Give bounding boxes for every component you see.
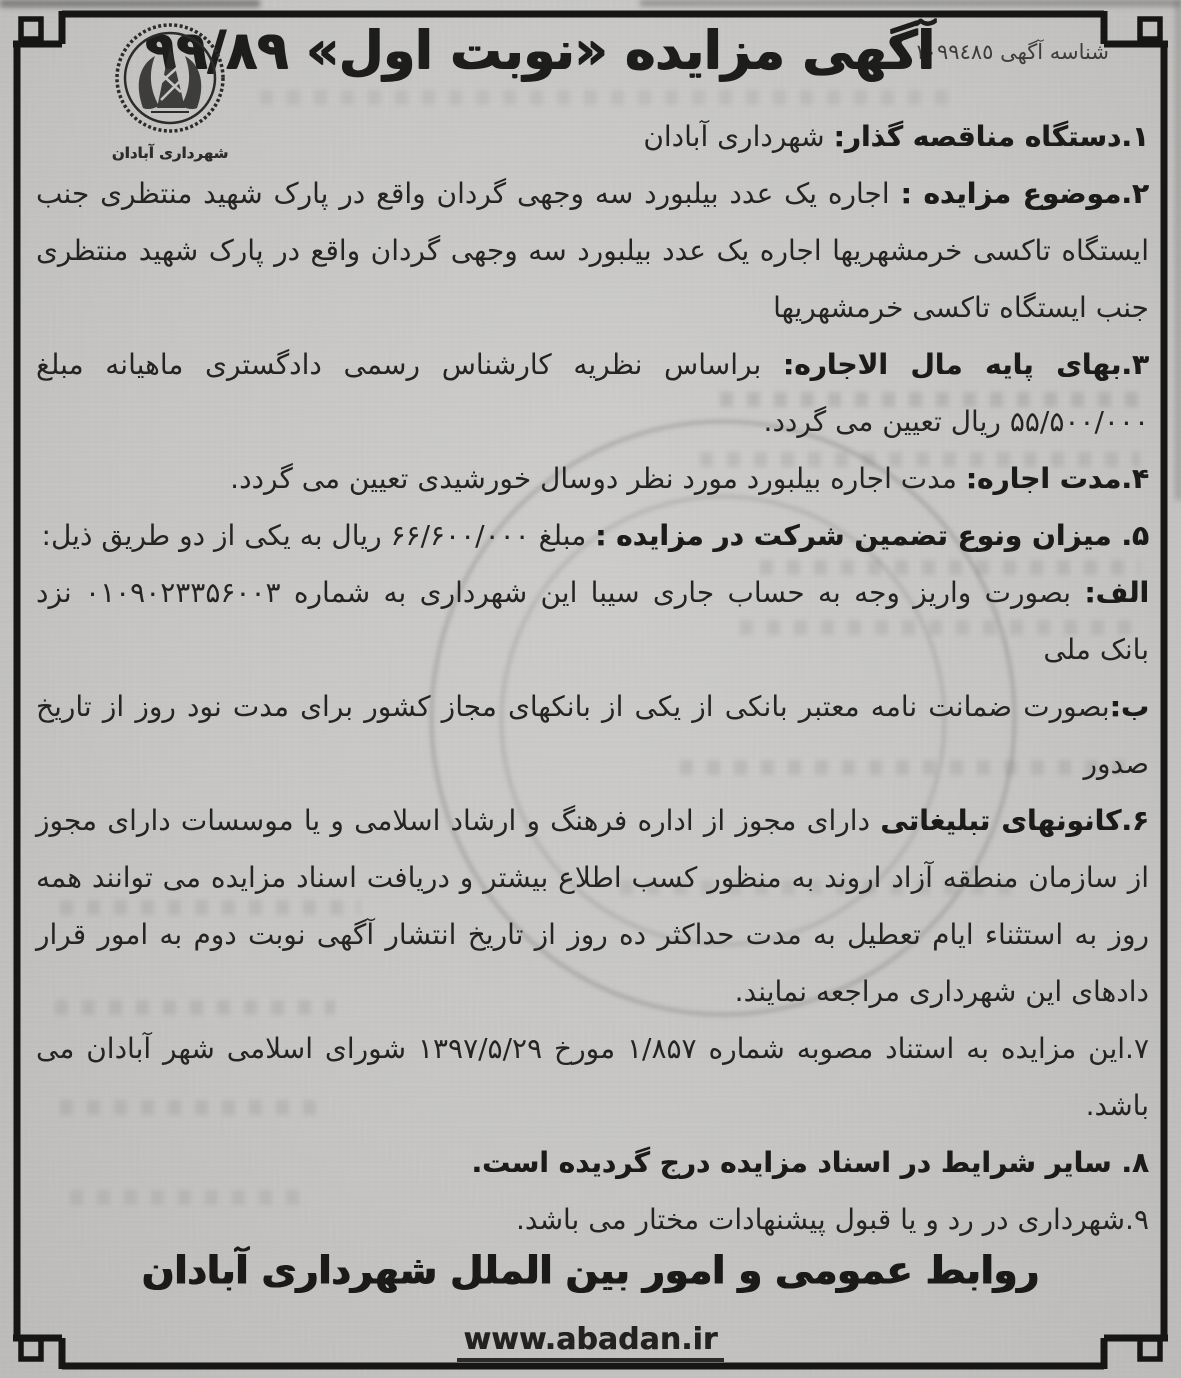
notice-item-1-segment: شهرداری آبادان: [643, 120, 833, 153]
notice-body: ۱.دستگاه مناقصه گذار: شهرداری آبادان۲.مو…: [36, 108, 1149, 1248]
notice-item-5-be-segment: بصورت ضمانت نامه معتبر بانکی از یکی از ب…: [36, 690, 1149, 780]
notice-item-4-segment: ۴.مدت اجاره:: [966, 462, 1149, 495]
notice-item-6: ۶.کانونهای تبلیغاتی دارای مجوز از اداره …: [36, 792, 1149, 1020]
notice-item-9: ۹.شهرداری در رد و یا قبول پیشنهادات مختا…: [36, 1191, 1149, 1248]
notice-item-5-segment: ۵. میزان ونوع تضمین شرکت در مزایده :: [595, 519, 1149, 552]
notice-item-5: ۵. میزان ونوع تضمین شرکت در مزایده : مبل…: [36, 507, 1149, 564]
notice-item-5-alef-segment: الف:: [1084, 576, 1149, 609]
website-url: www.abadan.ir: [457, 1322, 723, 1362]
notice-item-7-segment: ۷.این مزایده به استناد مصوبه شماره ۱/۸۵۷…: [36, 1032, 1149, 1122]
website-line: www.abadan.ir: [0, 1322, 1181, 1362]
notice-item-4: ۴.مدت اجاره: مدت اجاره بیلبورد مورد نظر …: [36, 450, 1149, 507]
notice-item-4-segment: مدت اجاره بیلبورد مورد نظر دوسال خورشیدی…: [230, 462, 966, 495]
notice-item-8: ۸. سایر شرایط در اسناد مزایده درج گردیده…: [36, 1134, 1149, 1191]
notice-item-3-segment: ۳.بهای پایه مال الاجاره:: [783, 348, 1149, 381]
notice-item-1: ۱.دستگاه مناقصه گذار: شهرداری آبادان: [36, 108, 1149, 165]
notice-item-5-be: ب:بصورت ضمانت نامه معتبر بانکی از یکی از…: [36, 678, 1149, 792]
notice-item-2: ۲.موضوع مزایده : اجاره یک عدد بیلبورد سه…: [36, 165, 1149, 336]
photo-edge-artifact: [0, 0, 260, 7]
notice-item-6-segment: ۶.کانونهای تبلیغاتی: [880, 804, 1149, 837]
notice-item-5-alef: الف: بصورت واریز وجه به حساب جاری سیبا ا…: [36, 564, 1149, 678]
ad-id: شناسه آگهی ۱۰۹۹٤۸٥: [914, 40, 1109, 64]
notice-item-9-segment: ۹.شهرداری در رد و یا قبول پیشنهادات مختا…: [516, 1203, 1149, 1236]
text-bleed-through: [260, 90, 960, 105]
scanned-newspaper-ad: { "header": { "ad_id": "شناسه آگهی ۱۰۹۹٤…: [0, 0, 1181, 1378]
notice-item-1-segment: ۱.دستگاه مناقصه گذار:: [834, 120, 1149, 153]
notice-item-5-alef-segment: بصورت واریز وجه به حساب جاری سیبا این شه…: [36, 576, 1149, 666]
notice-item-5-segment: مبلغ ۶۶/۶۰۰/۰۰۰ ریال به یکی از دو طریق ذ…: [42, 519, 596, 552]
notice-item-5-be-segment: ب:: [1110, 690, 1149, 723]
footer-signature: روابط عمومی و امور بین الملل شهرداری آبا…: [0, 1247, 1181, 1292]
notice-title: آگهی مزایده «نوبت اول» ۹۹/۸۹: [255, 21, 935, 82]
notice-item-3: ۳.بهای پایه مال الاجاره: براساس نظریه کا…: [36, 336, 1149, 450]
notice-item-2-segment: ۲.موضوع مزایده :: [901, 177, 1150, 210]
photo-edge-artifact: [640, 0, 1181, 6]
photo-edge-artifact: [1176, 0, 1181, 500]
notice-item-7: ۷.این مزایده به استناد مصوبه شماره ۱/۸۵۷…: [36, 1020, 1149, 1134]
notice-item-8-segment: ۸. سایر شرایط در اسناد مزایده درج گردیده…: [471, 1146, 1149, 1179]
